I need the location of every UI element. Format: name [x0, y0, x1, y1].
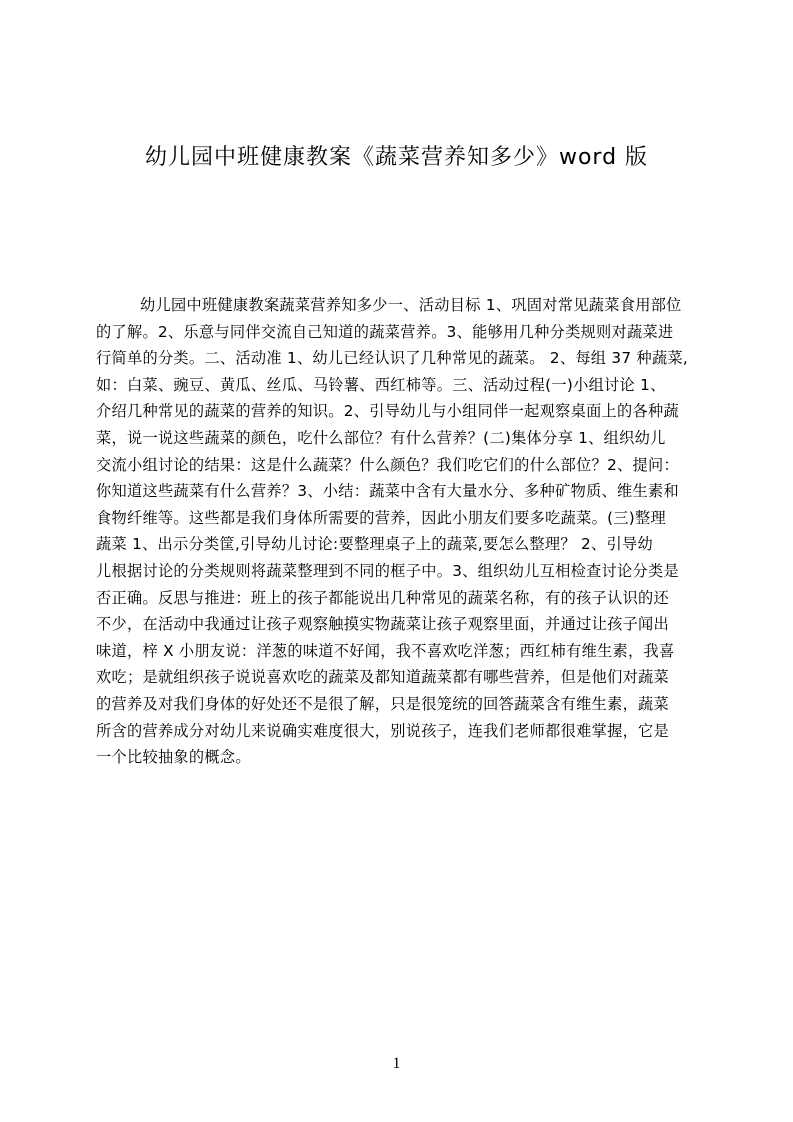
document-page: 幼儿园中班健康教案《蔬菜营养知多少》word 版 幼儿园中班健康教案蔬菜营养知多…	[0, 0, 793, 1122]
body-line: 否正确。反思与推进：班上的孩子都能说出几种常见的蔬菜名称，有的孩子认识的还	[96, 585, 697, 612]
body-line: 蔬菜 1、出示分类筐,引导幼儿讨论:要整理桌子上的蔬菜,要怎么整理？ 2、引导幼	[96, 531, 697, 558]
body-paragraph: 幼儿园中班健康教案蔬菜营养知多少一、活动目标 1、巩固对常见蔬菜食用部位 的了解…	[96, 292, 697, 771]
body-line: 的了解。2、乐意与同伴交流自己知道的蔬菜营养。3、能够用几种分类规则对蔬菜进	[96, 319, 697, 346]
body-line: 所含的营养成分对幼儿来说确实难度很大，别说孩子，连我们老师都很难掌握，它是	[96, 718, 697, 745]
body-line: 菜，说一说这些蔬菜的颜色，吃什么部位？有什么营养？(二)集体分享 1、组织幼儿	[96, 425, 697, 452]
page-number: 1	[0, 1055, 793, 1073]
body-line: 介绍几种常见的蔬菜的营养的知识。2、引导幼儿与小组同伴一起观察桌面上的各种蔬	[96, 398, 697, 425]
body-line: 一个比较抽象的概念。	[96, 744, 697, 771]
body-line: 你知道这些蔬菜有什么营养？3、小结：蔬菜中含有大量水分、多种矿物质、维生素和	[96, 478, 697, 505]
body-line: 交流小组讨论的结果：这是什么蔬菜？什么颜色？我们吃它们的什么部位？2、提问：	[96, 452, 697, 479]
body-line: 欢吃；是就组织孩子说说喜欢吃的蔬菜及都知道蔬菜都有哪些营养，但是他们对蔬菜	[96, 664, 697, 691]
document-title: 幼儿园中班健康教案《蔬菜营养知多少》word 版	[0, 140, 793, 171]
body-line: 儿根据讨论的分类规则将蔬菜整理到不同的框子中。3、组织幼儿互相检查讨论分类是	[96, 558, 697, 585]
body-line: 不少，在活动中我通过让孩子观察触摸实物蔬菜让孩子观察里面，并通过让孩子闻出	[96, 611, 697, 638]
body-line: 幼儿园中班健康教案蔬菜营养知多少一、活动目标 1、巩固对常见蔬菜食用部位	[96, 292, 697, 319]
body-line: 如：白菜、豌豆、黄瓜、丝瓜、马铃薯、西红柿等。三、活动过程(一)小组讨论 1、	[96, 372, 697, 399]
body-line: 味道，梓 X 小朋友说：洋葱的味道不好闻，我不喜欢吃洋葱；西红柿有维生素，我喜	[96, 638, 697, 665]
body-line: 食物纤维等。这些都是我们身体所需要的营养，因此小朋友们要多吃蔬菜。(三)整理	[96, 505, 697, 532]
body-line: 行简单的分类。二、活动准 1、幼儿已经认识了几种常见的蔬菜。 2、每组 37 种…	[96, 345, 697, 372]
body-line: 的营养及对我们身体的好处还不是很了解，只是很笼统的回答蔬菜含有维生素，蔬菜	[96, 691, 697, 718]
